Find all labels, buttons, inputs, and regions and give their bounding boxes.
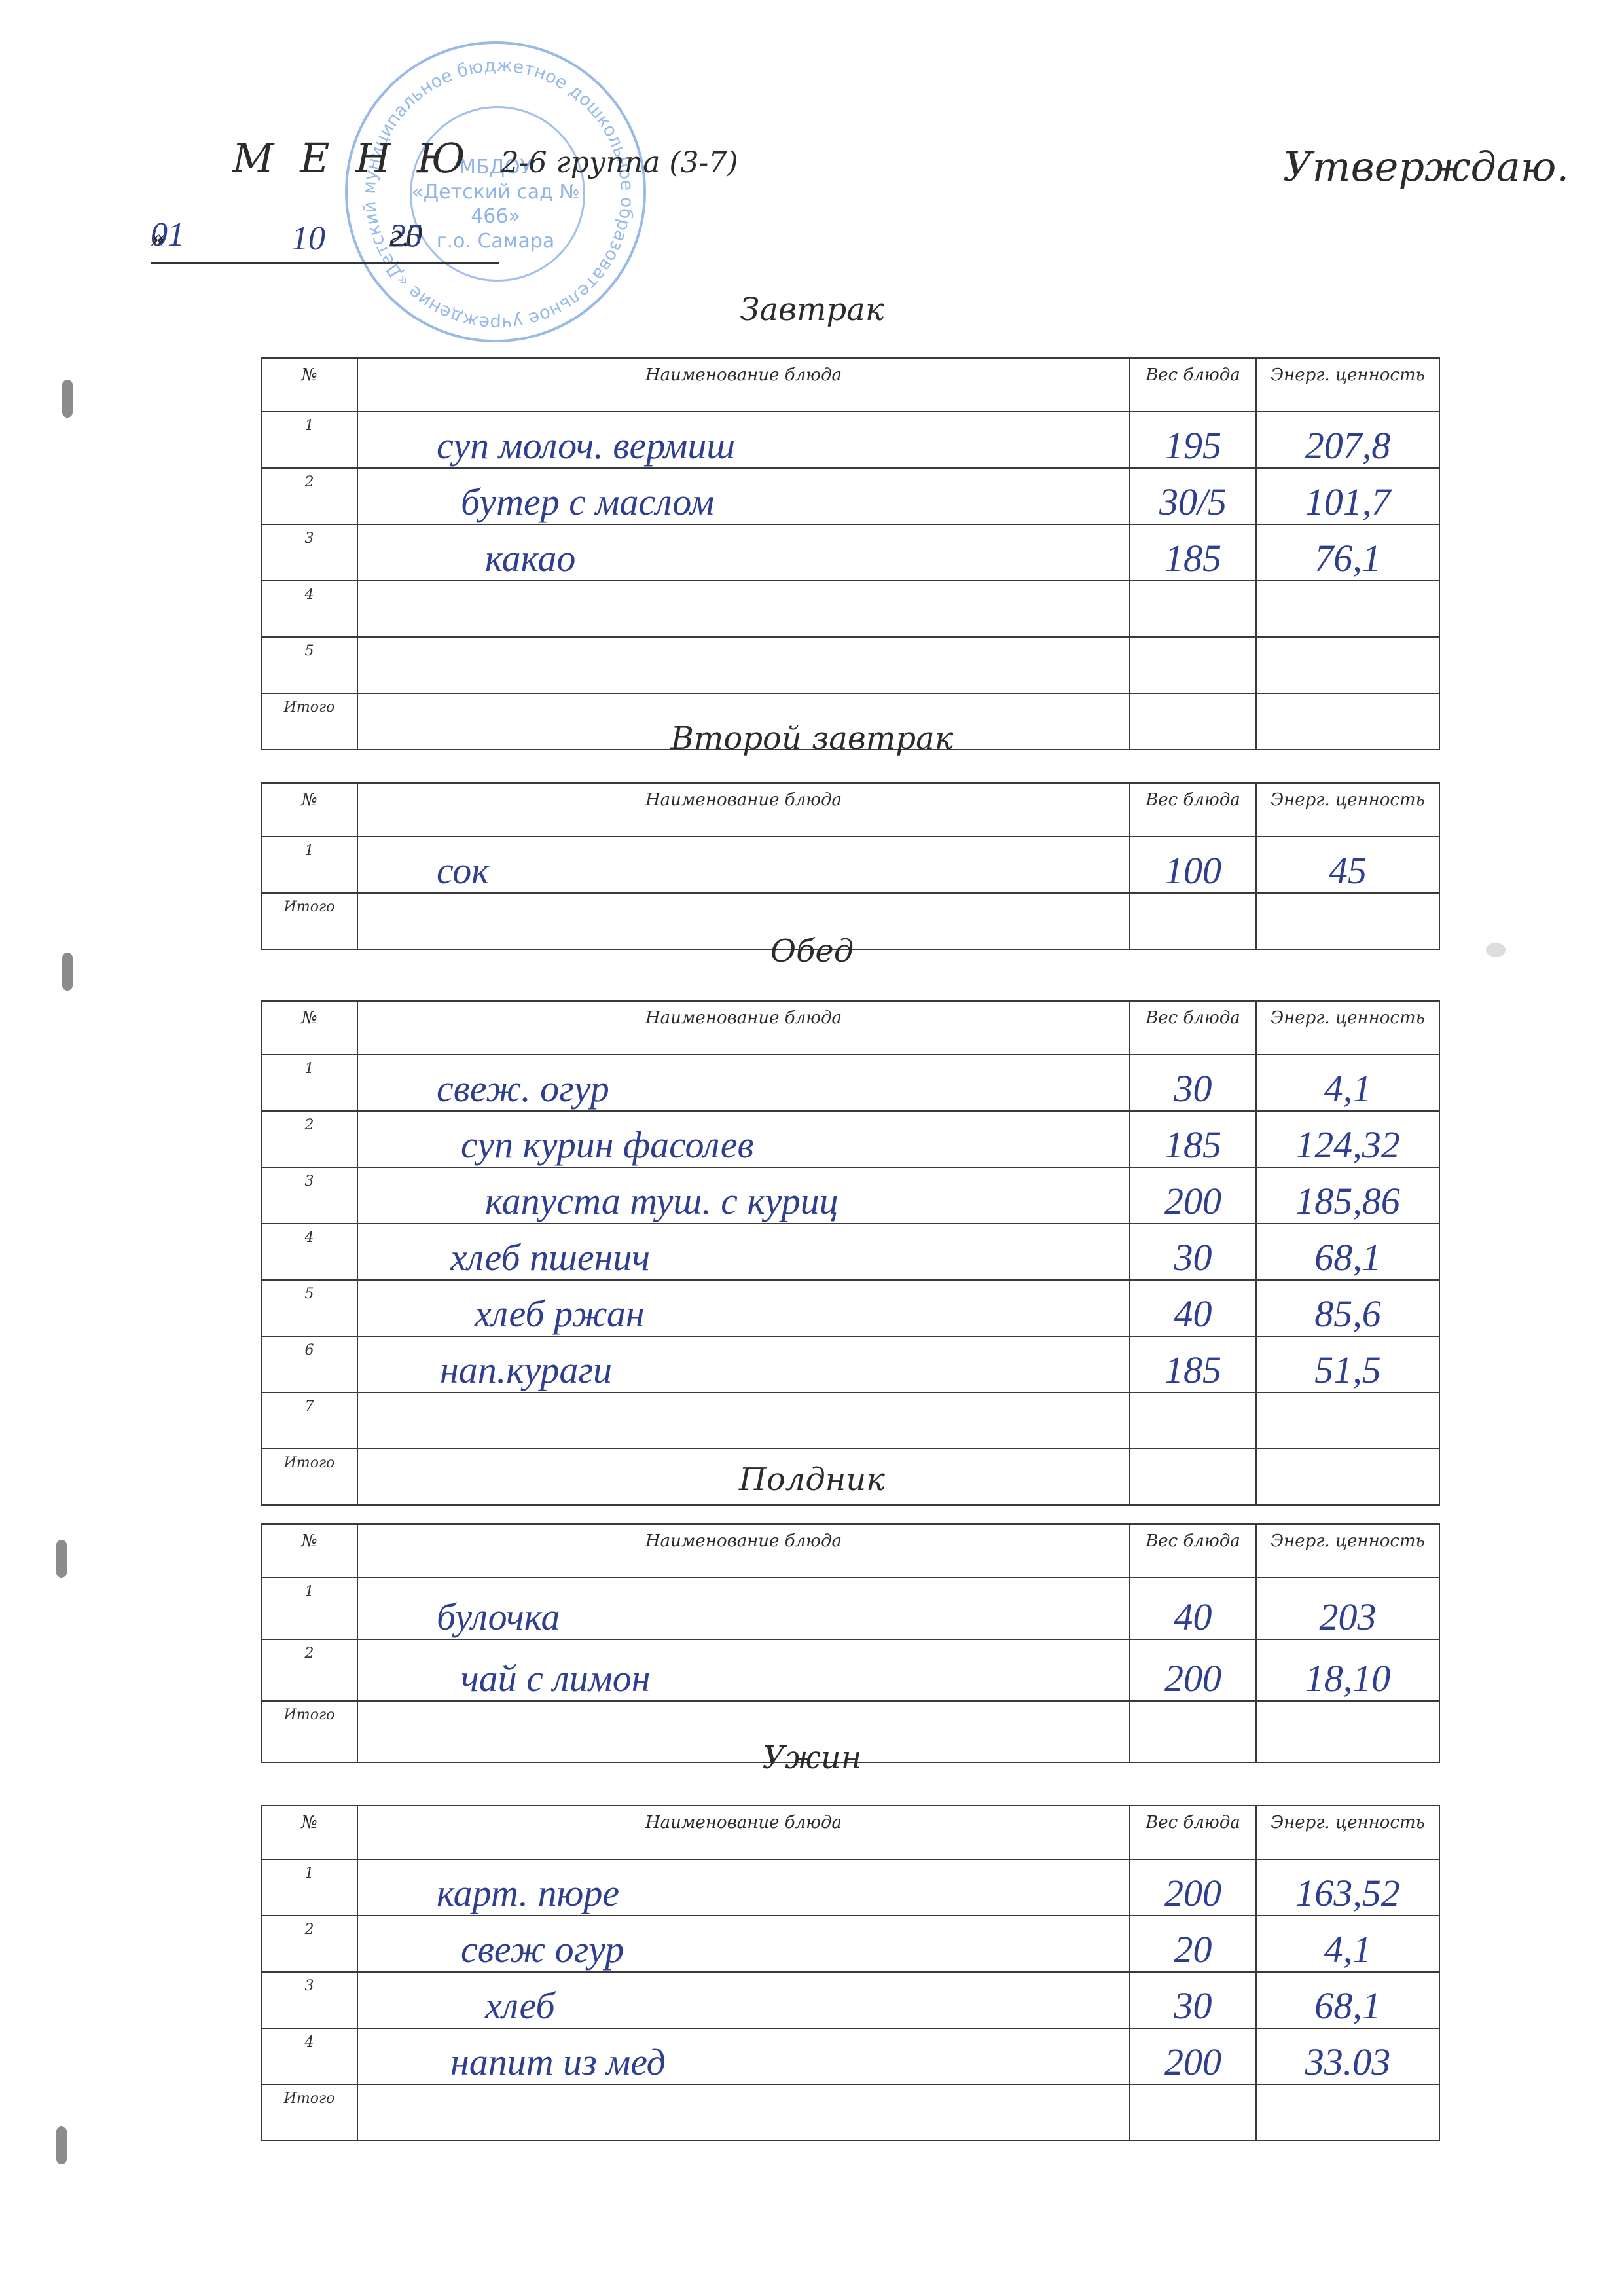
dish-weight: 30/5 bbox=[1130, 468, 1256, 524]
dish-weight: 100 bbox=[1130, 837, 1256, 893]
dish-energy: 101,7 bbox=[1256, 468, 1439, 524]
meal-title: Ужин bbox=[0, 1740, 1624, 1776]
table-row: 3хлеб3068,1 bbox=[261, 1972, 1439, 2028]
dish-weight-value: 30 bbox=[1130, 1239, 1255, 1277]
dish-energy: 18,10 bbox=[1256, 1639, 1439, 1701]
meal-title: Обед bbox=[0, 933, 1624, 970]
table-row: 3какао18576,1 bbox=[261, 524, 1439, 581]
dish-weight bbox=[1130, 1393, 1256, 1449]
row-number: 4 bbox=[261, 1224, 357, 1280]
approve-label: Утверждаю. bbox=[1283, 143, 1569, 191]
table-row: 3капуста туш. с куриц200185,86 bbox=[261, 1167, 1439, 1224]
column-header-energy: Энерг. ценность bbox=[1256, 1001, 1439, 1055]
dish-weight: 40 bbox=[1130, 1280, 1256, 1336]
dish-energy-value: 51,5 bbox=[1257, 1351, 1439, 1389]
hole-punch-mark bbox=[56, 2126, 67, 2164]
dish-name-value: бутер с маслом bbox=[358, 483, 1129, 521]
table-header-row: №Наименование блюдаВес блюдаЭнерг. ценно… bbox=[261, 1001, 1439, 1055]
row-number: 3 bbox=[261, 1972, 357, 2028]
dish-weight: 200 bbox=[1130, 1167, 1256, 1224]
dish-weight-value: 200 bbox=[1130, 2043, 1255, 2081]
dish-energy-value: 207,8 bbox=[1257, 427, 1439, 465]
dish-energy bbox=[1256, 637, 1439, 693]
dish-name bbox=[357, 637, 1130, 693]
dish-weight-value: 185 bbox=[1130, 1126, 1255, 1164]
dish-name: суп молоч. вермиш bbox=[357, 412, 1130, 468]
dish-name bbox=[357, 1393, 1130, 1449]
dish-name: булочка bbox=[357, 1578, 1130, 1639]
dish-energy: 4,1 bbox=[1256, 1055, 1439, 1111]
dish-weight-value: 195 bbox=[1130, 427, 1255, 465]
dish-name-value: карт. пюре bbox=[358, 1874, 1129, 1912]
dish-energy: 203 bbox=[1256, 1578, 1439, 1639]
dish-name: свеж. огур bbox=[357, 1055, 1130, 1111]
row-number: 1 bbox=[261, 412, 357, 468]
dish-weight-value: 100 bbox=[1130, 852, 1255, 890]
row-number: 1 bbox=[261, 837, 357, 893]
table-row: 7 bbox=[261, 1393, 1439, 1449]
dish-name: сок bbox=[357, 837, 1130, 893]
dish-name-value: чай с лимон bbox=[358, 1660, 1129, 1698]
dish-name bbox=[357, 581, 1130, 637]
dish-energy-value: 4,1 bbox=[1257, 1931, 1439, 1969]
table-row: 1булочка40203 bbox=[261, 1578, 1439, 1639]
table-row: 2чай с лимон20018,10 bbox=[261, 1639, 1439, 1701]
dish-weight-value: 30 bbox=[1130, 1987, 1255, 2025]
dish-name: какао bbox=[357, 524, 1130, 581]
dish-name-value: хлеб пшенич bbox=[358, 1239, 1129, 1277]
row-number: 7 bbox=[261, 1393, 357, 1449]
column-header-energy: Энерг. ценность bbox=[1256, 358, 1439, 412]
dish-energy bbox=[1256, 1393, 1439, 1449]
column-header-weight: Вес блюда bbox=[1130, 1001, 1256, 1055]
dish-name: капуста туш. с куриц bbox=[357, 1167, 1130, 1224]
table-row: 1сок10045 bbox=[261, 837, 1439, 893]
dish-weight: 200 bbox=[1130, 2028, 1256, 2085]
dish-weight-value: 30/5 bbox=[1130, 483, 1255, 521]
dish-energy-value: 68,1 bbox=[1257, 1239, 1439, 1277]
row-number: 1 bbox=[261, 1859, 357, 1916]
dish-weight: 195 bbox=[1130, 412, 1256, 468]
row-number: 3 bbox=[261, 1167, 357, 1224]
dish-weight-value: 40 bbox=[1130, 1598, 1255, 1636]
dish-weight: 20 bbox=[1130, 1916, 1256, 1972]
date-field: «01» 10 2025 г. bbox=[151, 216, 499, 264]
meal-table: №Наименование блюдаВес блюдаЭнерг. ценно… bbox=[261, 1000, 1440, 1506]
meal-title: Полдник bbox=[0, 1461, 1624, 1498]
dish-name-value: сок bbox=[358, 852, 1129, 890]
dish-weight: 40 bbox=[1130, 1578, 1256, 1639]
row-number: 4 bbox=[261, 2028, 357, 2085]
dish-weight bbox=[1130, 637, 1256, 693]
dish-energy-value: 68,1 bbox=[1257, 1987, 1439, 2025]
table-row: 2бутер с маслом30/5101,7 bbox=[261, 468, 1439, 524]
column-header-weight: Вес блюда bbox=[1130, 358, 1256, 412]
hole-punch-mark bbox=[56, 1540, 67, 1578]
dish-energy-value: 85,6 bbox=[1257, 1295, 1439, 1333]
meal-table: №Наименование блюдаВес блюдаЭнерг. ценно… bbox=[261, 1523, 1440, 1763]
dish-weight-value: 200 bbox=[1130, 1874, 1255, 1912]
row-number: 1 bbox=[261, 1055, 357, 1111]
dish-energy: 4,1 bbox=[1256, 1916, 1439, 1972]
dish-name-value: суп курин фасолев bbox=[358, 1126, 1129, 1164]
row-number: 2 bbox=[261, 1111, 357, 1167]
column-header-energy: Энерг. ценность bbox=[1256, 1806, 1439, 1859]
row-number: 2 bbox=[261, 1916, 357, 1972]
row-number: 2 bbox=[261, 1639, 357, 1701]
table-header-row: №Наименование блюдаВес блюдаЭнерг. ценно… bbox=[261, 1524, 1439, 1578]
dish-weight-value: 185 bbox=[1130, 539, 1255, 577]
dish-weight bbox=[1130, 581, 1256, 637]
scan-speck bbox=[1486, 943, 1506, 957]
dish-name: карт. пюре bbox=[357, 1859, 1130, 1916]
row-number: 4 bbox=[261, 581, 357, 637]
dish-energy: 45 bbox=[1256, 837, 1439, 893]
column-header-weight: Вес блюда bbox=[1130, 1524, 1256, 1578]
column-header-no: № bbox=[261, 783, 357, 837]
dish-weight: 185 bbox=[1130, 1111, 1256, 1167]
row-number: 5 bbox=[261, 637, 357, 693]
table-row: 1суп молоч. вермиш195207,8 bbox=[261, 412, 1439, 468]
year-unit: г. bbox=[389, 216, 410, 254]
date-month: 10 bbox=[291, 219, 325, 258]
dish-weight-value: 30 bbox=[1130, 1070, 1255, 1108]
dish-name: чай с лимон bbox=[357, 1639, 1130, 1701]
dish-name: хлеб пшенич bbox=[357, 1224, 1130, 1280]
column-header-name: Наименование блюда bbox=[357, 783, 1130, 837]
column-header-energy: Энерг. ценность bbox=[1256, 783, 1439, 837]
column-header-no: № bbox=[261, 358, 357, 412]
dish-name-value: хлеб ржан bbox=[358, 1295, 1129, 1333]
menu-title: М Е Н Ю 2-6 группа (3-7) bbox=[232, 134, 738, 182]
hole-punch-mark bbox=[62, 380, 73, 418]
dish-name-value: суп молоч. вермиш bbox=[358, 427, 1129, 465]
column-header-no: № bbox=[261, 1001, 357, 1055]
dish-energy-value: 45 bbox=[1257, 852, 1439, 890]
dish-name-value: нап.кураги bbox=[358, 1351, 1129, 1389]
dish-energy bbox=[1256, 581, 1439, 637]
dish-name: хлеб bbox=[357, 1972, 1130, 2028]
dish-name-value: свеж огур bbox=[358, 1931, 1129, 1969]
dish-energy: 185,86 bbox=[1256, 1167, 1439, 1224]
dish-weight: 200 bbox=[1130, 1639, 1256, 1701]
dish-weight-value: 20 bbox=[1130, 1931, 1255, 1969]
dish-name: напит из мед bbox=[357, 2028, 1130, 2085]
column-header-weight: Вес блюда bbox=[1130, 783, 1256, 837]
table-row: 1карт. пюре200163,52 bbox=[261, 1859, 1439, 1916]
table-row: 4 bbox=[261, 581, 1439, 637]
row-number: 1 bbox=[261, 1578, 357, 1639]
hole-punch-mark bbox=[62, 953, 73, 991]
row-number: 2 bbox=[261, 468, 357, 524]
total-label: Итого bbox=[261, 2085, 357, 2141]
column-header-weight: Вес блюда bbox=[1130, 1806, 1256, 1859]
dish-energy: 163,52 bbox=[1256, 1859, 1439, 1916]
dish-weight-value: 200 bbox=[1130, 1182, 1255, 1220]
table-row: 4хлеб пшенич3068,1 bbox=[261, 1224, 1439, 1280]
dish-energy: 33.03 bbox=[1256, 2028, 1439, 2085]
menu-title-text: М Е Н Ю bbox=[232, 134, 472, 182]
dish-weight-value: 40 bbox=[1130, 1295, 1255, 1333]
table-header-row: №Наименование блюдаВес блюдаЭнерг. ценно… bbox=[261, 1806, 1439, 1859]
dish-name: нап.кураги bbox=[357, 1336, 1130, 1393]
column-header-name: Наименование блюда bbox=[357, 358, 1130, 412]
column-header-no: № bbox=[261, 1806, 357, 1859]
dish-name: суп курин фасолев bbox=[357, 1111, 1130, 1167]
svg-text:муниципальное бюджетное дошкол: муниципальное бюджетное дошкольное образ… bbox=[348, 44, 637, 333]
column-header-no: № bbox=[261, 1524, 357, 1578]
dish-weight: 185 bbox=[1130, 1336, 1256, 1393]
dish-energy: 207,8 bbox=[1256, 412, 1439, 468]
table-header-row: №Наименование блюдаВес блюдаЭнерг. ценно… bbox=[261, 358, 1439, 412]
stamp-outer-text: муниципальное бюджетное дошкольное образ… bbox=[348, 44, 637, 333]
table-row: 2свеж огур204,1 bbox=[261, 1916, 1439, 1972]
dish-energy-value: 163,52 bbox=[1257, 1874, 1439, 1912]
dish-energy-value: 101,7 bbox=[1257, 483, 1439, 521]
dish-energy: 124,32 bbox=[1256, 1111, 1439, 1167]
column-header-name: Наименование блюда bbox=[357, 1001, 1130, 1055]
dish-weight: 30 bbox=[1130, 1972, 1256, 2028]
table-row: 2суп курин фасолев185124,32 bbox=[261, 1111, 1439, 1167]
group-label: 2-6 группа (3-7) bbox=[501, 146, 738, 179]
dish-energy-value: 76,1 bbox=[1257, 539, 1439, 577]
meal-table: №Наименование блюдаВес блюдаЭнерг. ценно… bbox=[261, 357, 1440, 750]
dish-name: хлеб ржан bbox=[357, 1280, 1130, 1336]
dish-energy-value: 18,10 bbox=[1257, 1660, 1439, 1698]
dish-energy-value: 185,86 bbox=[1257, 1182, 1439, 1220]
meal-title: Второй завтрак bbox=[0, 720, 1624, 757]
table-row: 4напит из мед20033.03 bbox=[261, 2028, 1439, 2085]
total-name bbox=[357, 2085, 1130, 2141]
column-header-energy: Энерг. ценность bbox=[1256, 1524, 1439, 1578]
row-number: 6 bbox=[261, 1336, 357, 1393]
dish-name-value: напит из мед bbox=[358, 2043, 1129, 2081]
dish-energy-value: 4,1 bbox=[1257, 1070, 1439, 1108]
dish-energy-value: 124,32 bbox=[1257, 1126, 1439, 1164]
dish-weight-value: 185 bbox=[1130, 1351, 1255, 1389]
row-number: 3 bbox=[261, 524, 357, 581]
dish-energy: 76,1 bbox=[1256, 524, 1439, 581]
dish-weight-value: 200 bbox=[1130, 1660, 1255, 1698]
column-header-name: Наименование блюда bbox=[357, 1806, 1130, 1859]
table-row: 5хлеб ржан4085,6 bbox=[261, 1280, 1439, 1336]
dish-name-value: капуста туш. с куриц bbox=[358, 1182, 1129, 1220]
meal-table: №Наименование блюдаВес блюдаЭнерг. ценно… bbox=[261, 1805, 1440, 2141]
column-header-name: Наименование блюда bbox=[357, 1524, 1130, 1578]
total-weight bbox=[1130, 2085, 1256, 2141]
dish-name-value: какао bbox=[358, 539, 1129, 577]
dish-weight: 30 bbox=[1130, 1055, 1256, 1111]
dish-energy-value: 203 bbox=[1257, 1598, 1439, 1636]
dish-name: свеж огур bbox=[357, 1916, 1130, 1972]
table-row: 5 bbox=[261, 637, 1439, 693]
quote-close: » bbox=[151, 221, 165, 254]
meal-title: Завтрак bbox=[0, 291, 1624, 328]
dish-weight: 185 bbox=[1130, 524, 1256, 581]
dish-energy: 68,1 bbox=[1256, 1972, 1439, 2028]
total-energy bbox=[1256, 2085, 1439, 2141]
dish-energy: 51,5 bbox=[1256, 1336, 1439, 1393]
dish-energy: 85,6 bbox=[1256, 1280, 1439, 1336]
total-row: Итого bbox=[261, 2085, 1439, 2141]
row-number: 5 bbox=[261, 1280, 357, 1336]
dish-weight: 30 bbox=[1130, 1224, 1256, 1280]
dish-name-value: булочка bbox=[358, 1598, 1129, 1636]
dish-name-value: хлеб bbox=[358, 1987, 1129, 2025]
meal-table: №Наименование блюдаВес блюдаЭнерг. ценно… bbox=[261, 782, 1440, 950]
dish-energy-value: 33.03 bbox=[1257, 2043, 1439, 2081]
dish-name: бутер с маслом bbox=[357, 468, 1130, 524]
dish-energy: 68,1 bbox=[1256, 1224, 1439, 1280]
table-row: 6нап.кураги18551,5 bbox=[261, 1336, 1439, 1393]
dish-weight: 200 bbox=[1130, 1859, 1256, 1916]
dish-name-value: свеж. огур bbox=[358, 1070, 1129, 1108]
table-row: 1свеж. огур304,1 bbox=[261, 1055, 1439, 1111]
table-header-row: №Наименование блюдаВес блюдаЭнерг. ценно… bbox=[261, 783, 1439, 837]
